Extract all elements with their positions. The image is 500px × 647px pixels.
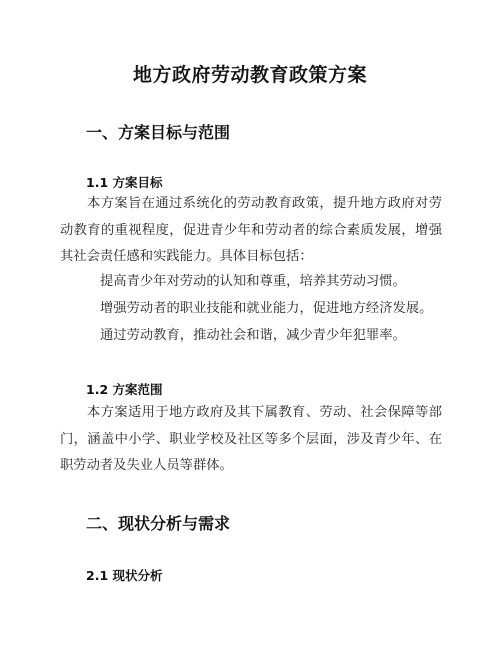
goal-item-1: 提高青少年对劳动的认知和尊重，培养其劳动习惯。 xyxy=(100,272,460,292)
goal-item-2: 增强劳动者的职业技能和就业能力，促进地方经济发展。 xyxy=(100,299,460,319)
subsection-heading-1-2: 1.2 方案范围 xyxy=(86,380,163,398)
section-heading-2: 二、现状分析与需求 xyxy=(86,511,230,534)
subsection-heading-1-1: 1.1 方案目标 xyxy=(86,173,163,191)
paragraph-scope: 本方案适用于地方政府及其下属教育、劳动、社会保障等部门，涵盖中小学、职业学校及社… xyxy=(60,400,442,480)
paragraph-goals: 本方案旨在通过系统化的劳动教育政策，提升地方政府对劳动教育的重视程度，促进青少年… xyxy=(60,191,442,271)
subsection-heading-2-1: 2.1 现状分析 xyxy=(86,566,163,584)
section-heading-1: 一、方案目标与范围 xyxy=(86,120,230,143)
document-page: 地方政府劳动教育政策方案 一、方案目标与范围 1.1 方案目标 本方案旨在通过系… xyxy=(0,0,500,647)
goal-item-3: 通过劳动教育，推动社会和谐，减少青少年犯罪率。 xyxy=(100,326,460,346)
document-title: 地方政府劳动教育政策方案 xyxy=(0,60,500,87)
